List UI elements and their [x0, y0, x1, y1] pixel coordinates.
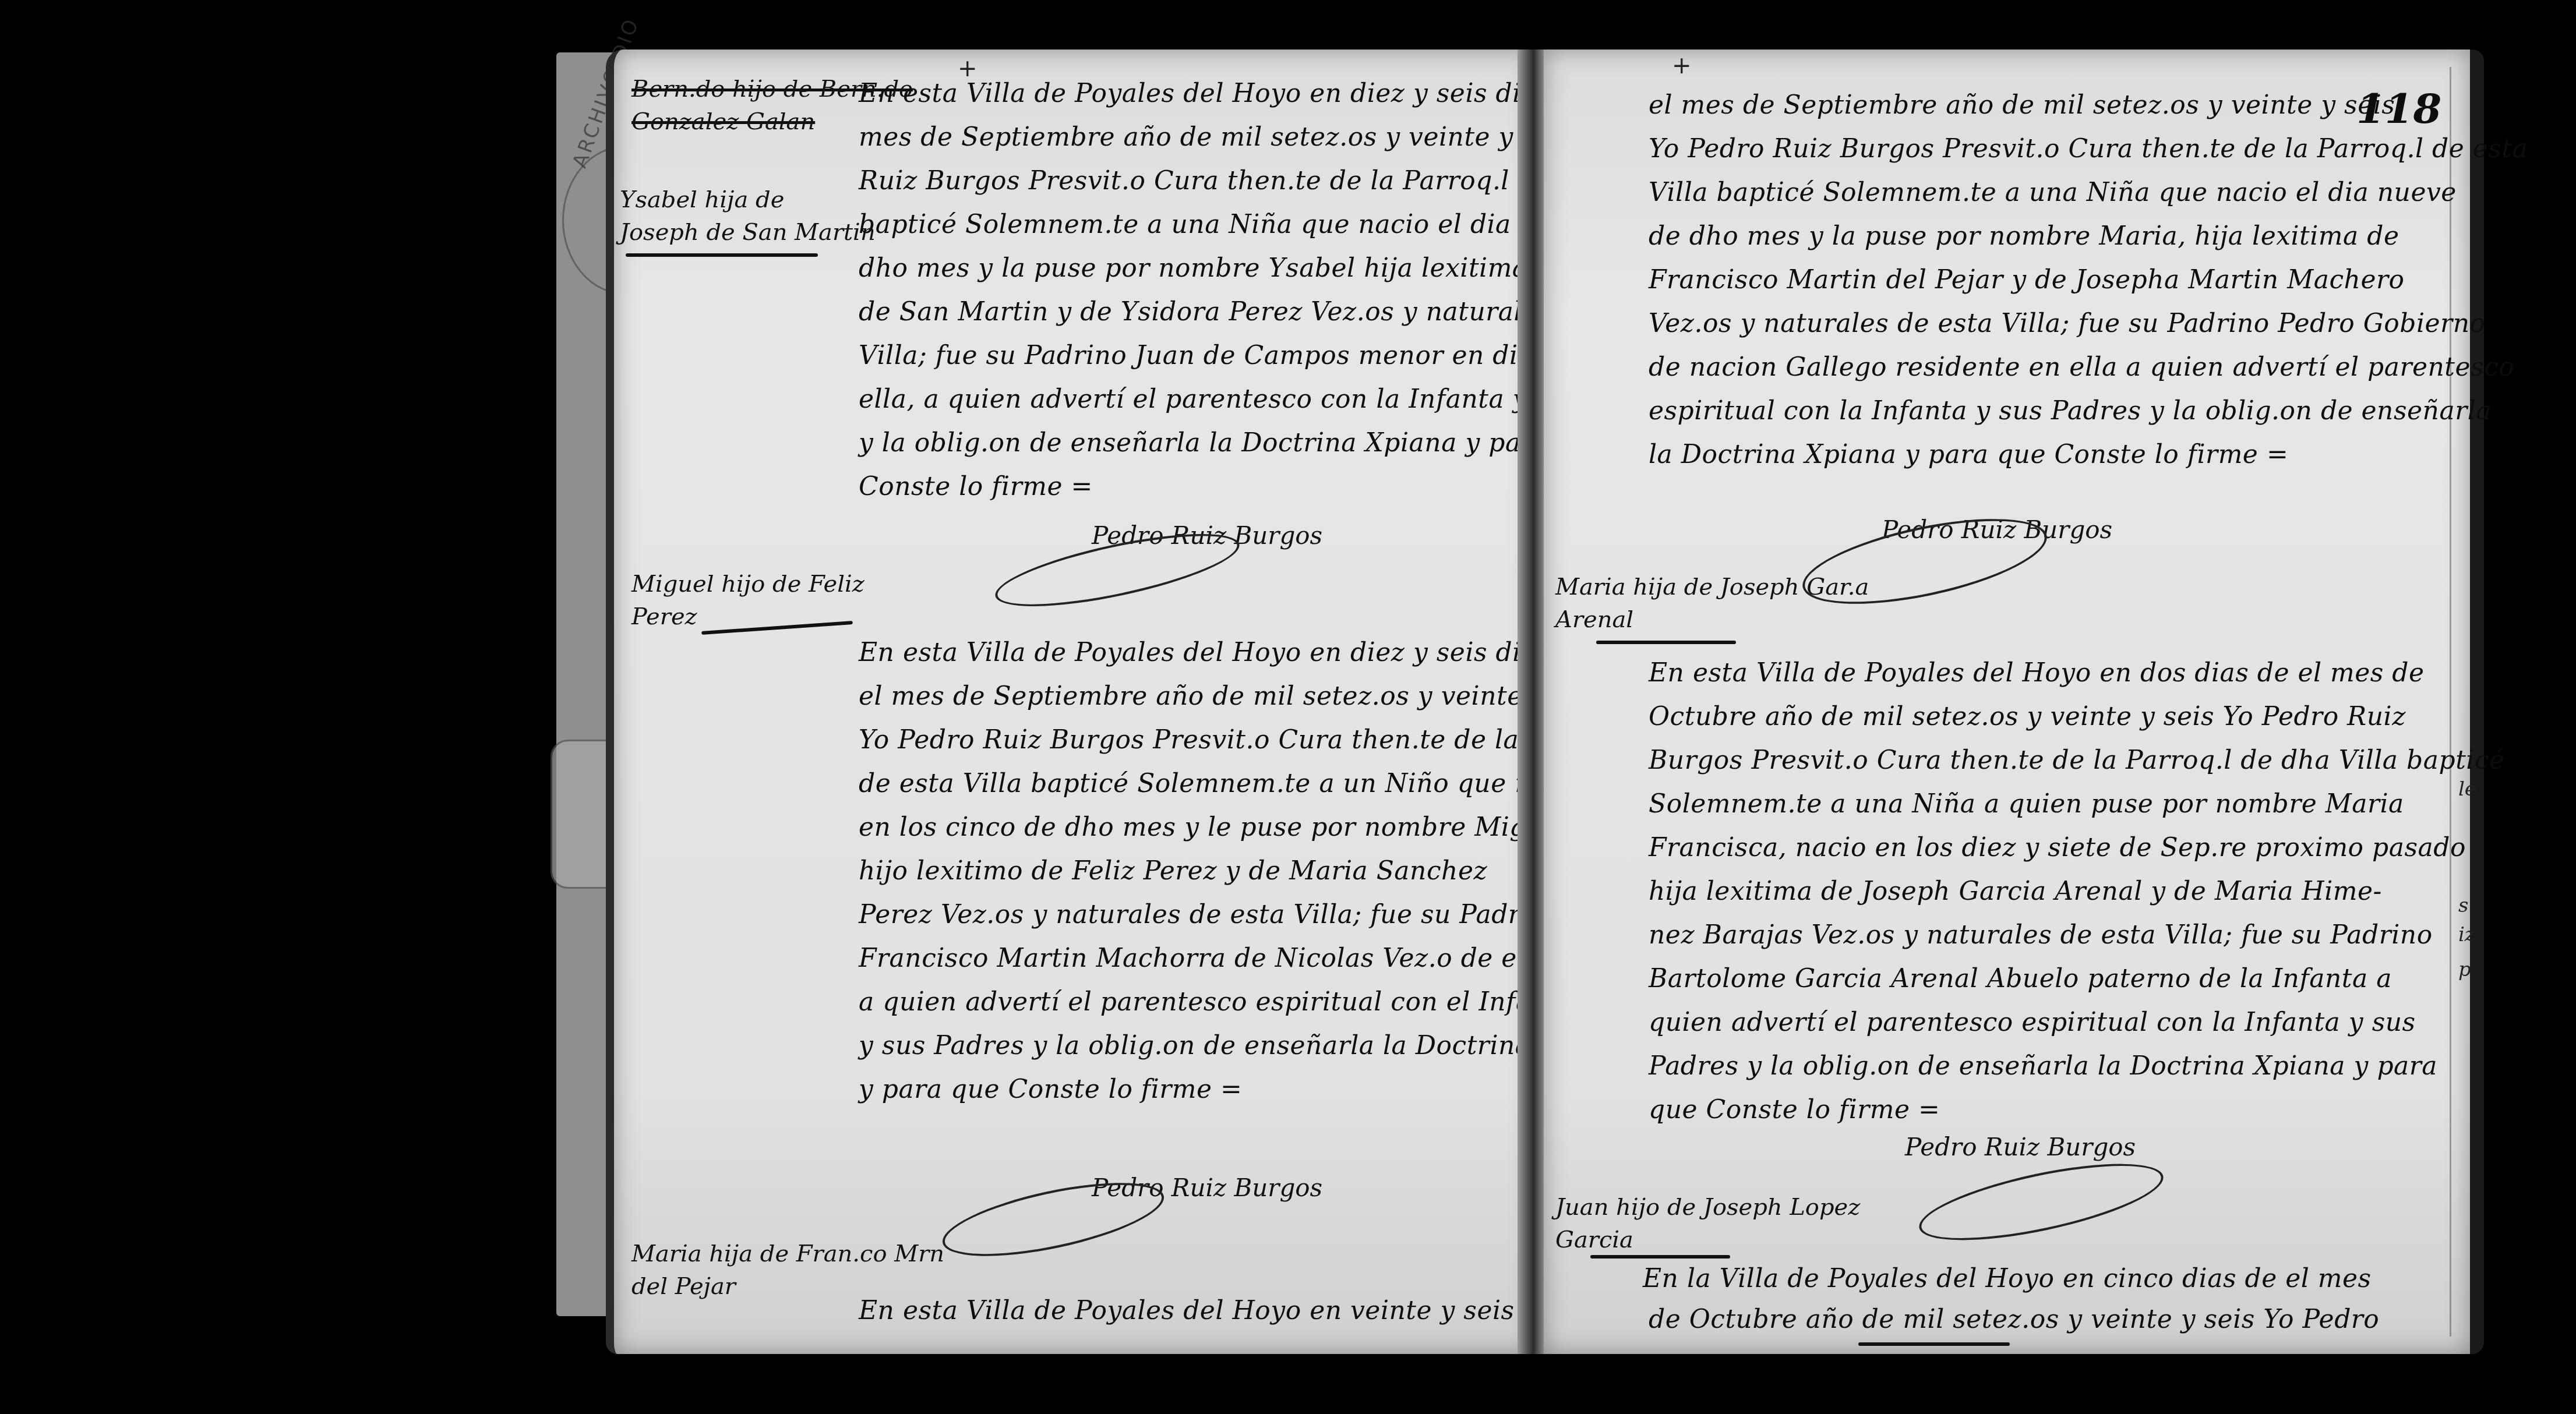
priest-signature: Pedro Ruiz Burgos	[1905, 1133, 2136, 1161]
entry-line: Francisco Martin Machorra de Nicolas Vez…	[859, 943, 1550, 973]
entry-line: de nacion Gallego residente en ella a qu…	[1649, 352, 2514, 382]
edge-fragment: p	[2458, 958, 2471, 981]
entry-line: Vez.os y naturales de esta Villa; fue su…	[1649, 309, 2485, 338]
entry-line: espiritual con la Infanta y sus Padres y…	[1649, 396, 2492, 426]
top-cross-mark: +	[1672, 52, 1692, 79]
entry-line: a quien advertí el parentesco espiritual…	[859, 987, 1574, 1017]
entry-line: Conste lo firme =	[859, 472, 1093, 501]
entry-line: y para que Conste lo firme =	[859, 1074, 1242, 1104]
entry-line: que Conste lo firme =	[1649, 1095, 1940, 1125]
edge-fragment: le	[2458, 777, 2476, 801]
margin-underline	[1596, 641, 1736, 644]
entry-line: Bartolome Garcia Arenal Abuelo paterno d…	[1649, 964, 2392, 994]
edge-fragment: s	[2458, 894, 2468, 917]
entry-line: nez Barajas Vez.os y naturales de esta V…	[1649, 920, 2433, 950]
entry-line: la Doctrina Xpiana y para que Conste lo …	[1649, 440, 2288, 469]
register-spread: + Bern.do hijo de Bern.do Gonzalez Galan…	[606, 50, 2487, 1354]
entry-line: Perez Vez.os y naturales de esta Villa; …	[859, 900, 1562, 929]
entry-line: En la Villa de Poyales del Hoyo en cinco…	[1643, 1264, 2372, 1293]
entry-line: hijo lexitimo de Feliz Perez y de Maria …	[859, 856, 1487, 886]
entry-line: En esta Villa de Poyales del Hoyo en die…	[859, 638, 1590, 667]
signature-flourish	[1913, 1148, 2169, 1256]
closing-line	[1858, 1342, 2010, 1346]
entry-line: Burgos Presvit.o Cura then.te de la Parr…	[1649, 745, 2505, 775]
entry-line: y la oblig.on de enseñarla la Doctrina X…	[859, 428, 1606, 458]
left-page: + Bern.do hijo de Bern.do Gonzalez Galan…	[606, 50, 1534, 1354]
margin-underline	[626, 253, 818, 257]
margin-note-maria-francisca: Maria hija de Joseph Gar.a Arenal	[1555, 571, 1869, 636]
entry-line: En esta Villa de Poyales del Hoyo en die…	[859, 79, 1599, 108]
entry-line: el mes de Septiembre año de mil setez.os…	[859, 681, 1605, 711]
signature-flourish	[937, 1168, 1170, 1271]
entry-line: Francisco Martin del Pejar y de Josepha …	[1649, 265, 2405, 295]
entry-line: de dho mes y la puse por nombre Maria, h…	[1649, 221, 2399, 251]
entry-line: En esta Villa de Poyales del Hoyo en vei…	[859, 1296, 1577, 1325]
margin-note-maria: Maria hija de Fran.co Mrn del Pejar	[631, 1238, 944, 1303]
entry-line: de Octubre año de mil setez.os y veinte …	[1649, 1305, 2379, 1334]
entry-line: hija lexitima de Joseph Garcia Arenal y …	[1649, 876, 2382, 906]
entry-line: en los cinco de dho mes y le puse por no…	[859, 812, 1567, 842]
entry-line: Padres y la oblig.on de enseñarla la Doc…	[1649, 1051, 2437, 1081]
entry-line: y sus Padres y la oblig.on de enseñarla …	[859, 1031, 1631, 1060]
margin-note-juan: Juan hijo de Joseph Lopez Garcia	[1555, 1191, 1860, 1256]
entry-line: En esta Villa de Poyales del Hoyo en dos…	[1649, 658, 2425, 688]
margin-rule	[2450, 67, 2451, 1337]
margin-note-ysabel: Ysabel hija de Joseph de San Martin	[620, 183, 876, 249]
entry-line: Octubre año de mil setez.os y veinte y s…	[1649, 702, 2406, 731]
right-page: + 118 el mes de Septiembre año de mil se…	[1544, 50, 2484, 1354]
entry-line: Francisca, nacio en los diez y siete de …	[1649, 833, 2466, 862]
entry-line: de esta Villa bapticé Solemnem.te a un N…	[859, 769, 1586, 798]
entry-line: Solemnem.te a una Niña a quien puse por …	[1649, 789, 2404, 819]
margin-underline	[1590, 1255, 1730, 1259]
edge-fragment: iz	[2458, 923, 2475, 946]
entry-line: Villa bapticé Solemnem.te a una Niña que…	[1649, 178, 2457, 207]
entry-line: Yo Pedro Ruiz Burgos Presvit.o Cura then…	[1649, 134, 2528, 164]
entry-line: quien advertí el parentesco espiritual c…	[1649, 1008, 2416, 1037]
entry-line: el mes de Septiembre año de mil setez.os…	[1649, 90, 2395, 120]
